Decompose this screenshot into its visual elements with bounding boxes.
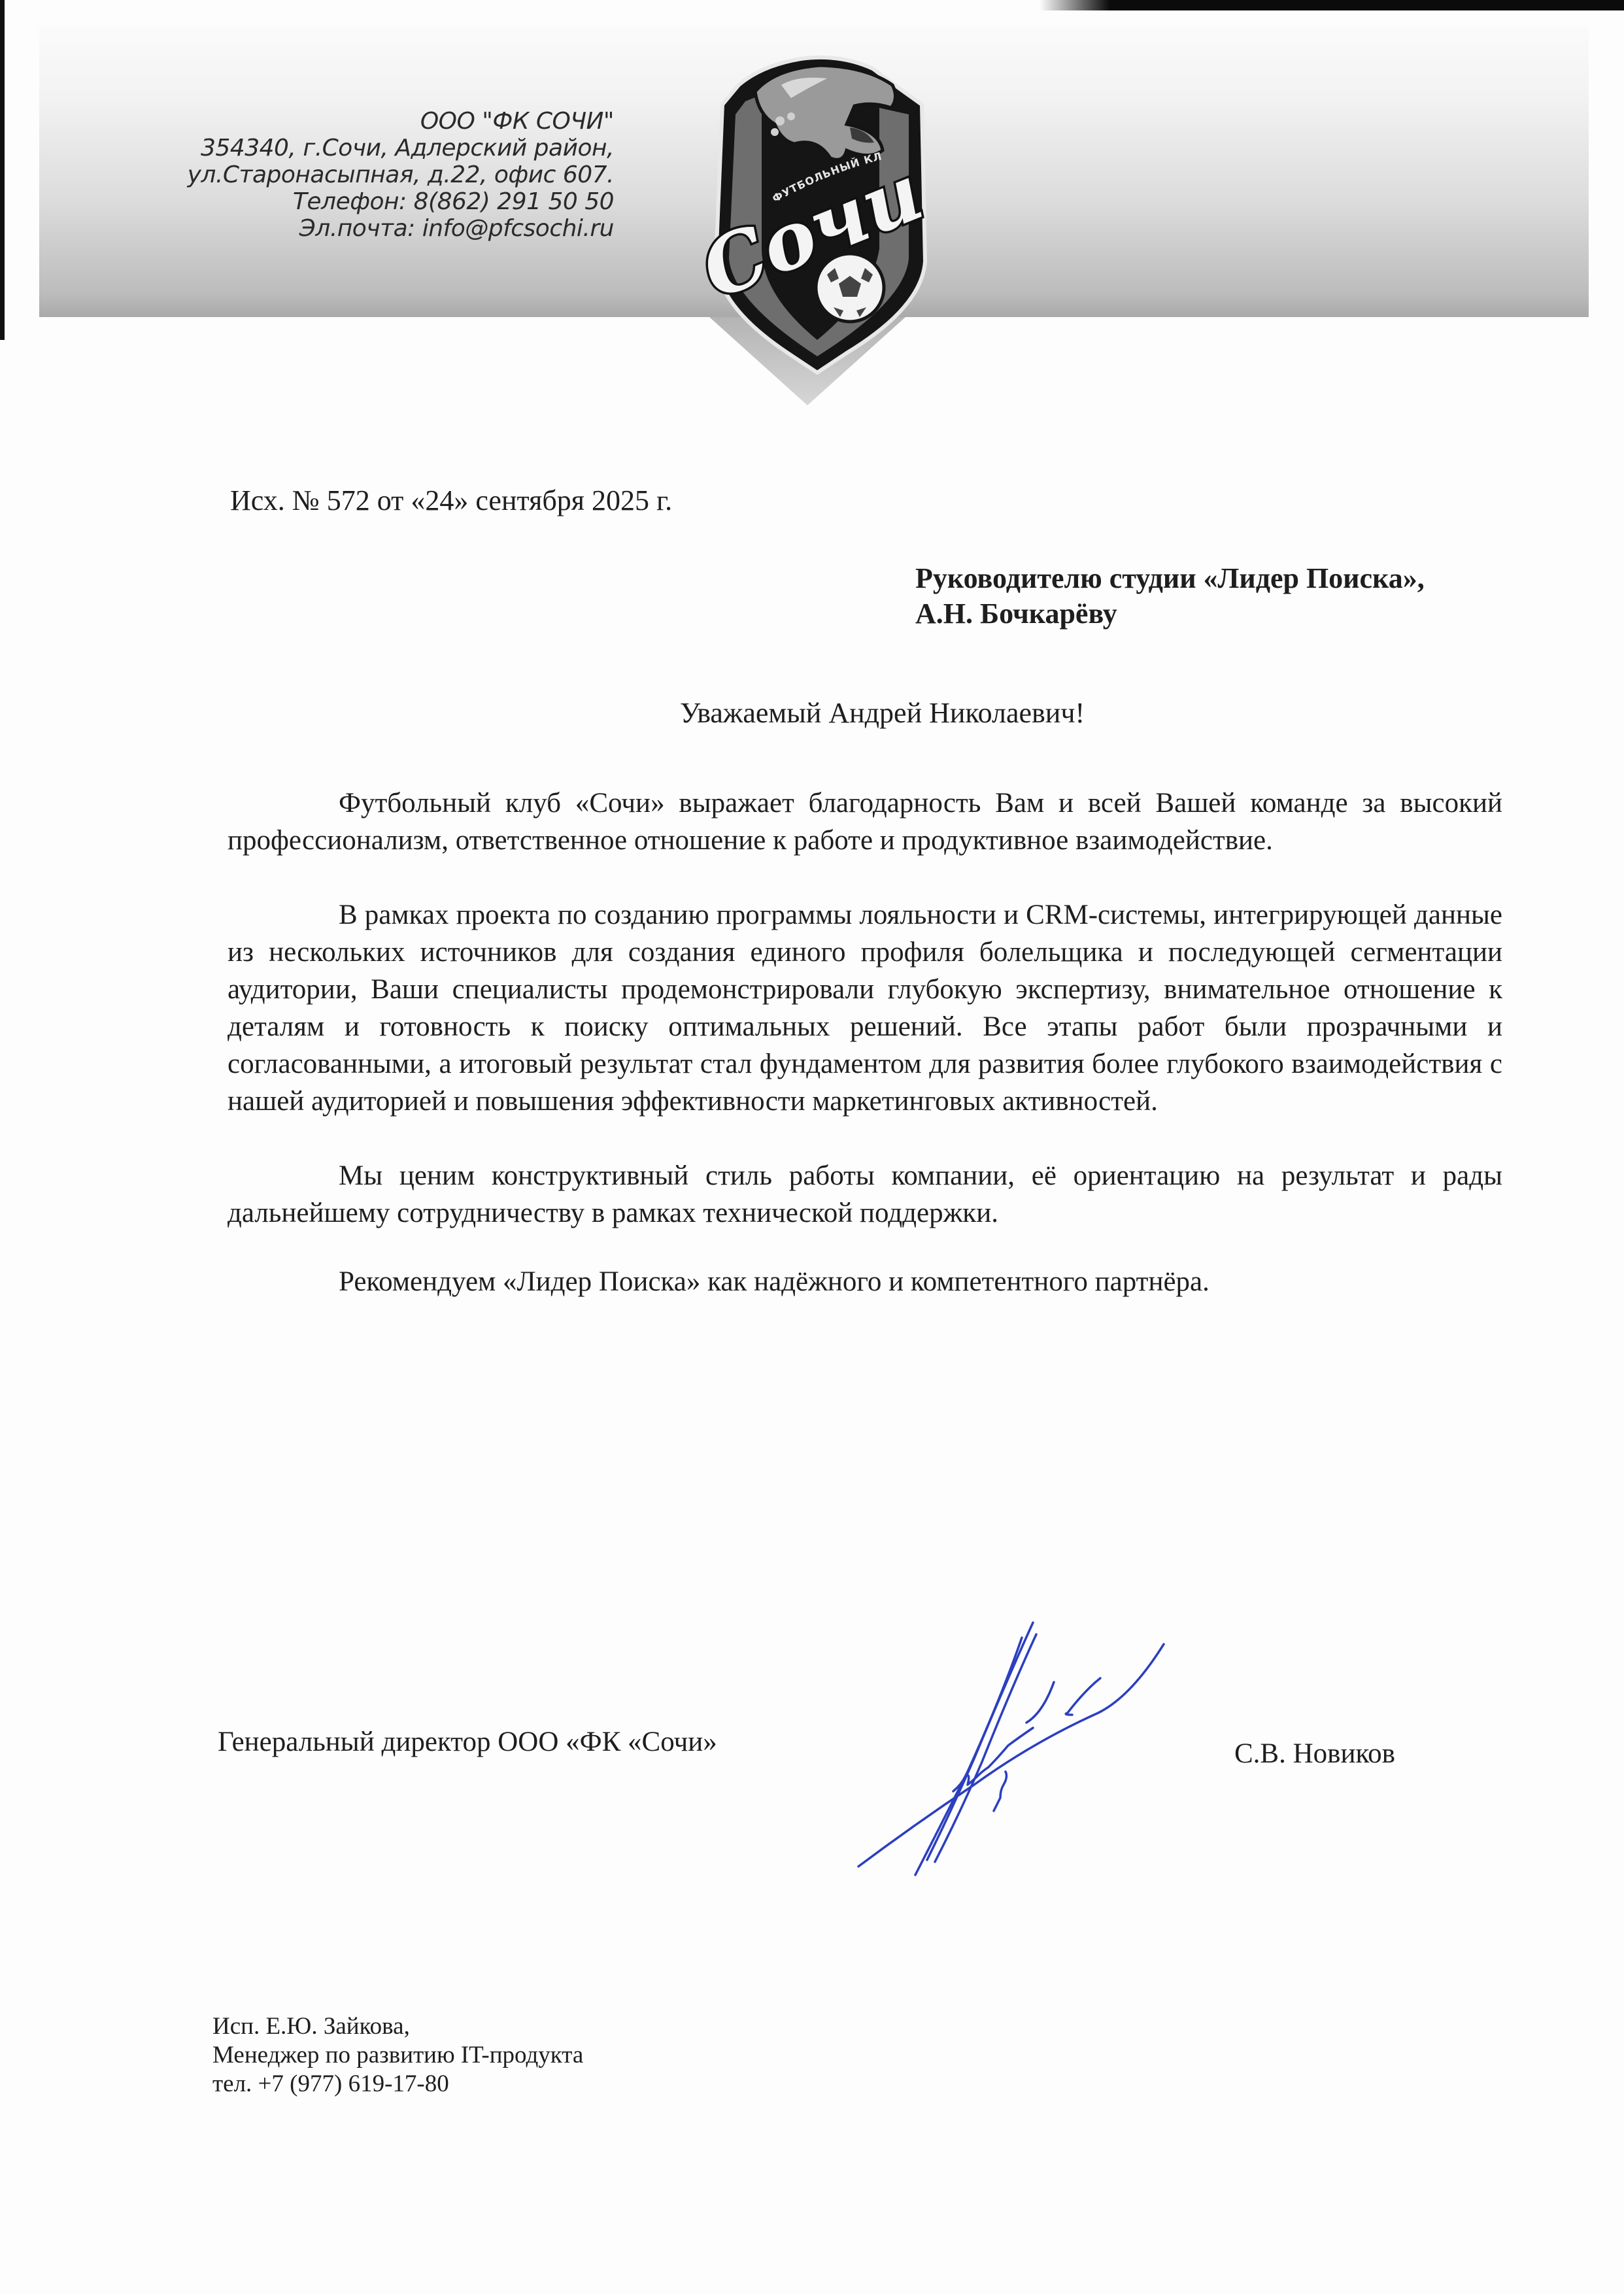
paragraph-gratitude: Футбольный клуб «Сочи» выражает благодар… xyxy=(228,784,1502,859)
paragraph-cooperation: Мы ценим конструктивный стиль работы ком… xyxy=(228,1157,1502,1232)
addressee-name: А.Н. Бочкарёву xyxy=(915,596,1425,632)
company-address-line-1: 354340, г.Сочи, Адлерский район, xyxy=(143,135,614,161)
executor-block: Исп. Е.Ю. Зайкова, Менеджер по развитию … xyxy=(212,2012,583,2099)
addressee-position: Руководителю студии «Лидер Поиска», xyxy=(915,561,1425,596)
addressee-block: Руководителю студии «Лидер Поиска», А.Н.… xyxy=(915,561,1425,632)
paragraph-recommendation: Рекомендуем «Лидер Поиска» как надёжного… xyxy=(228,1263,1502,1300)
executor-name: Исп. Е.Ю. Зайкова, xyxy=(212,2012,583,2041)
company-name: ООО "ФК СОЧИ" xyxy=(143,108,614,135)
company-email: Эл.почта: info@pfcsochi.ru xyxy=(143,215,614,242)
scan-edge-artifact-left xyxy=(0,0,5,340)
signatory-name: С.В. Новиков xyxy=(1234,1738,1395,1770)
letter-body: Футбольный клуб «Сочи» выражает благодар… xyxy=(228,784,1502,1338)
company-address-line-2: ул.Старонасыпная, д.22, офис 607. xyxy=(143,161,614,188)
fc-sochi-crest-icon: ФУТБОЛЬНЫЙ КЛУБ Сочи xyxy=(683,46,958,386)
company-phone: Телефон: 8(862) 291 50 50 xyxy=(143,188,614,215)
paragraph-project: В рамках проекта по созданию программы л… xyxy=(228,896,1502,1120)
greeting: Уважаемый Андрей Николаевич! xyxy=(680,696,1085,730)
executor-phone: тел. +7 (977) 619-17-80 xyxy=(212,2070,583,2099)
signatory-title: Генеральный директор ООО «ФК «Сочи» xyxy=(218,1726,717,1758)
executor-position: Менеджер по развитию IT-продукта xyxy=(212,2041,583,2070)
scan-edge-artifact xyxy=(1040,0,1624,10)
outgoing-reference: Исх. № 572 от «24» сентября 2025 г. xyxy=(230,484,672,517)
handwritten-signature-icon xyxy=(837,1608,1216,1889)
company-contact-block: ООО "ФК СОЧИ" 354340, г.Сочи, Адлерский … xyxy=(143,108,614,242)
